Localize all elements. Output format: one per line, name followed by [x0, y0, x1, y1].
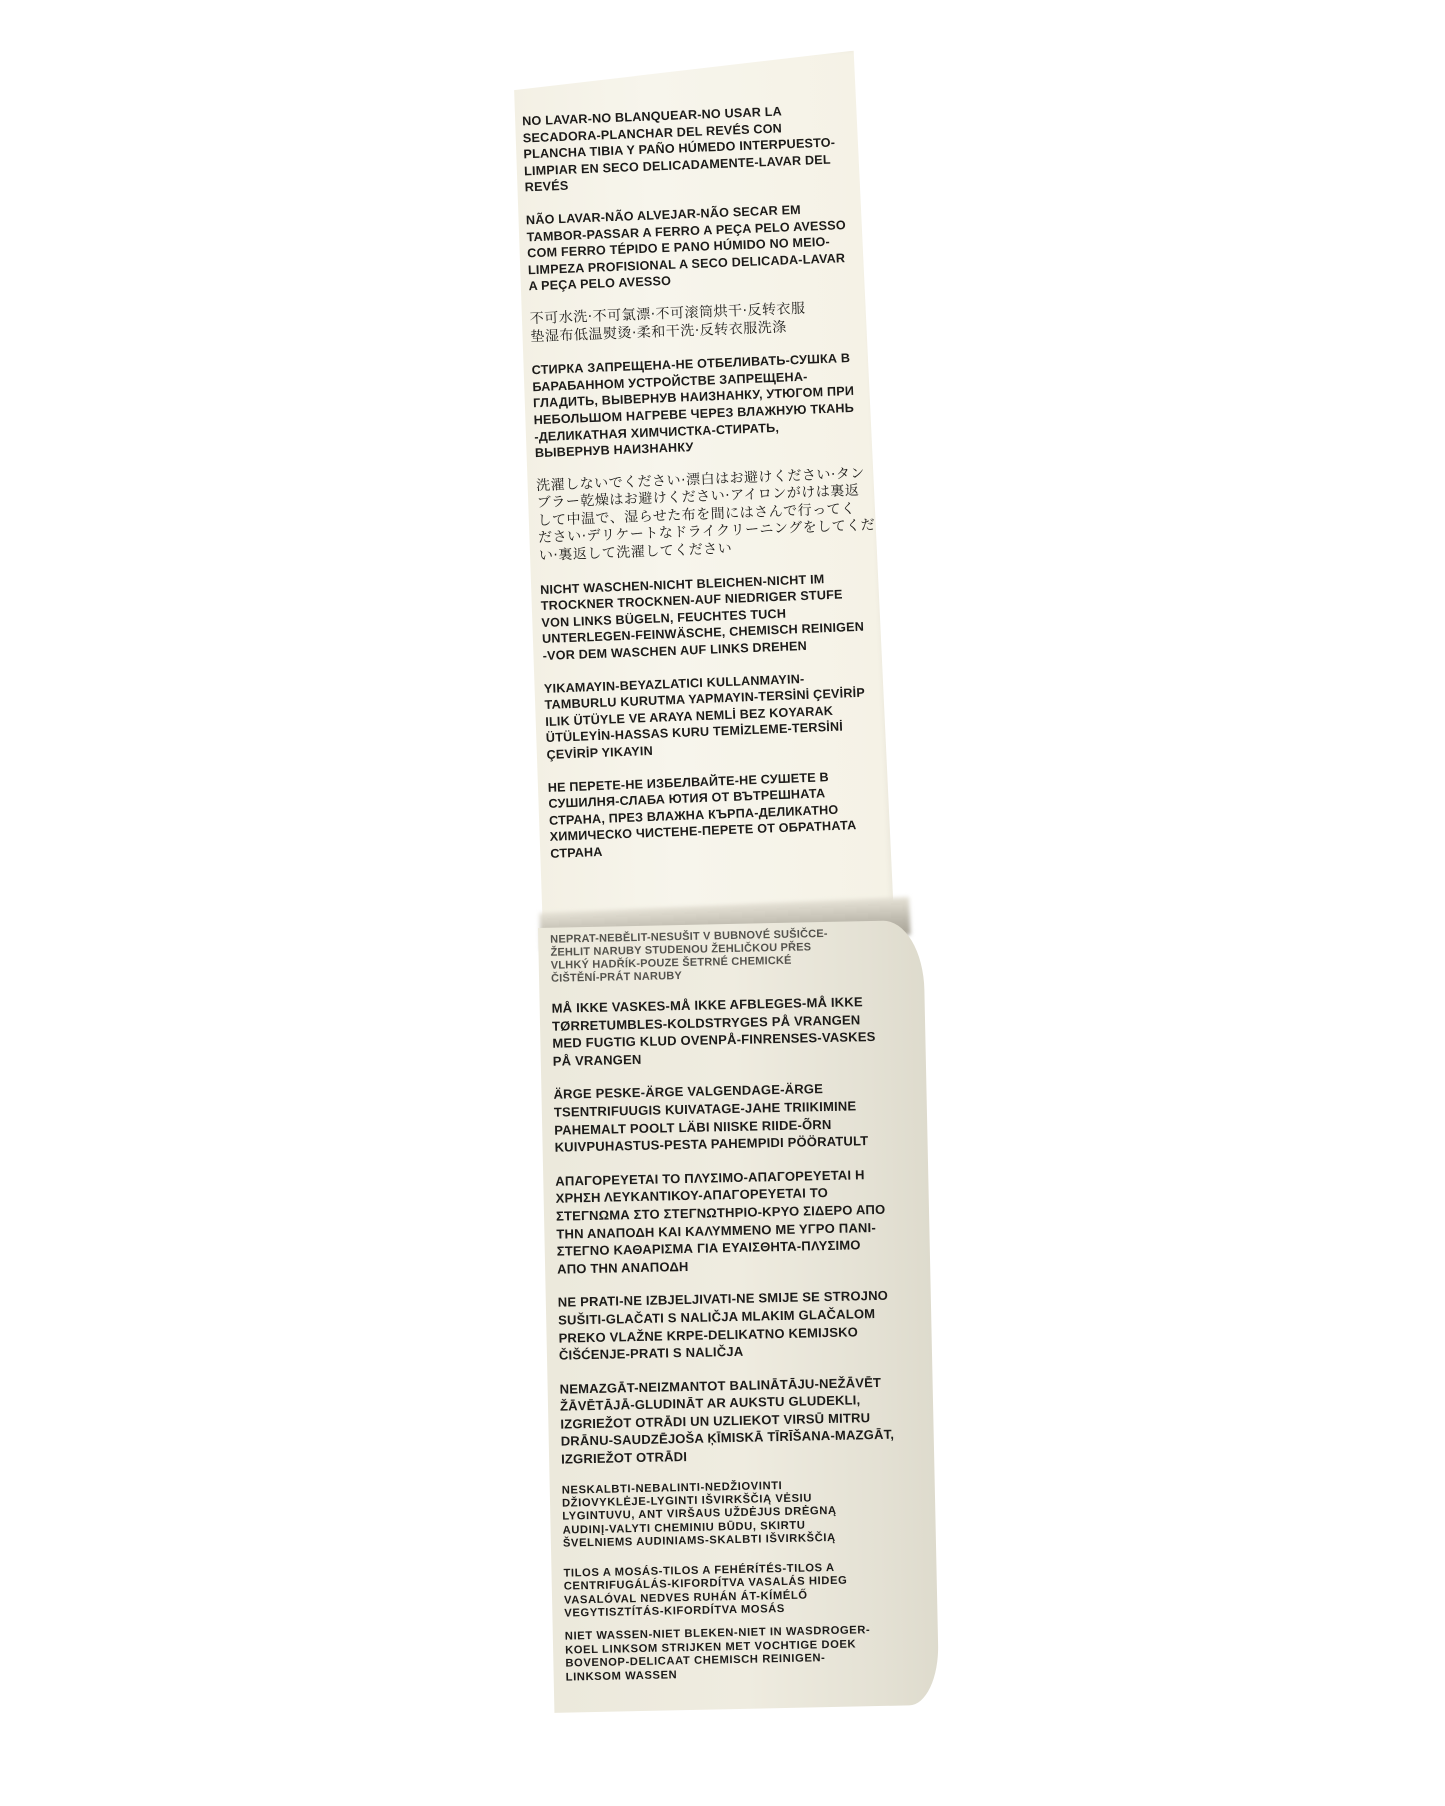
care-text-cs: NEPRAT-NEBĚLIT-NESUŠIT V BUBNOVÉ SUŠIČCE… [550, 927, 884, 986]
care-label-text-bottom: NEPRAT-NEBĚLIT-NESUŠIT V BUBNOVÉ SUŠIČCE… [550, 927, 899, 1701]
care-text-lt: NESKALBTI-NEBALINTI-NEDŽIOVINTI DŽIOVYKL… [562, 1477, 897, 1551]
care-text-nl: NIET WASSEN-NIET BLEKEN-NIET IN WASDROGE… [565, 1624, 899, 1685]
care-text-da: MÅ IKKE VASKES-MÅ IKKE AFBLEGES-MÅ IKKE … [552, 993, 887, 1070]
care-text-es: NO LAVAR-NO BLANQUEAR-NO USAR LA SECADOR… [522, 100, 877, 196]
care-text-lv: NEMAZGĀT-NEIZMANTOT BALINĀTĀJU-NEŽĀVĒT Ž… [559, 1373, 894, 1468]
care-label-top-panel: NO LAVAR-NO BLANQUEAR-NO USAR LA SECADOR… [506, 50, 895, 943]
care-text-ru: СТИРКА ЗАПРЕЩЕНА-НЕ ОТБЕЛИВАТЬ-СУШКА В Б… [531, 349, 886, 462]
care-text-de: NICHT WASCHEN-NICHT BLEICHEN-NICHT IM TR… [540, 568, 895, 664]
care-text-pt: NÃO LAVAR-NÃO ALVEJAR-NÃO SECAR EM TAMBO… [526, 199, 881, 295]
care-text-et: ÄRGE PESKE-ÄRGE VALGENDAGE-ÄRGE TSENTRIF… [553, 1079, 888, 1156]
care-text-bg: НЕ ПЕРЕТЕ-НЕ ИЗБЕЛВАЙТЕ-НЕ СУШЕТЕ В СУШИ… [547, 766, 902, 862]
care-text-el: ΑΠΑΓΟΡΕΥΕΤΑΙ ΤΟ ΠΛΥΣΙΜΟ-ΑΠΑΓΟΡΕΥΕΤΑΙ Η Χ… [555, 1165, 891, 1278]
care-text-hr: NE PRATI-NE IZBJELJIVATI-NE SMIJE SE STR… [558, 1287, 893, 1364]
care-text-tr: YIKAMAYIN-BEYAZLATICI KULLANMAYIN- TAMBU… [544, 667, 899, 763]
care-label-bottom-panel: NEPRAT-NEBĚLIT-NESUŠIT V BUBNOVÉ SUŠIČCE… [538, 920, 939, 1713]
care-text-zh: 不可水洗·不可氯漂·不可滚筒烘干·反转衣服 垫湿布低温熨烫·柔和干洗·反转衣服洗… [530, 298, 883, 347]
care-label-text-top: NO LAVAR-NO BLANQUEAR-NO USAR LA SECADOR… [522, 100, 903, 878]
care-text-hu: TILOS A MOSÁS-TILOS A FEHÉRÍTÉS-TILOS A … [563, 1560, 897, 1621]
care-text-ja: 洗濯しないでください·漂白はお避けください·タン ブラー乾燥はお避けください·ア… [536, 464, 891, 565]
